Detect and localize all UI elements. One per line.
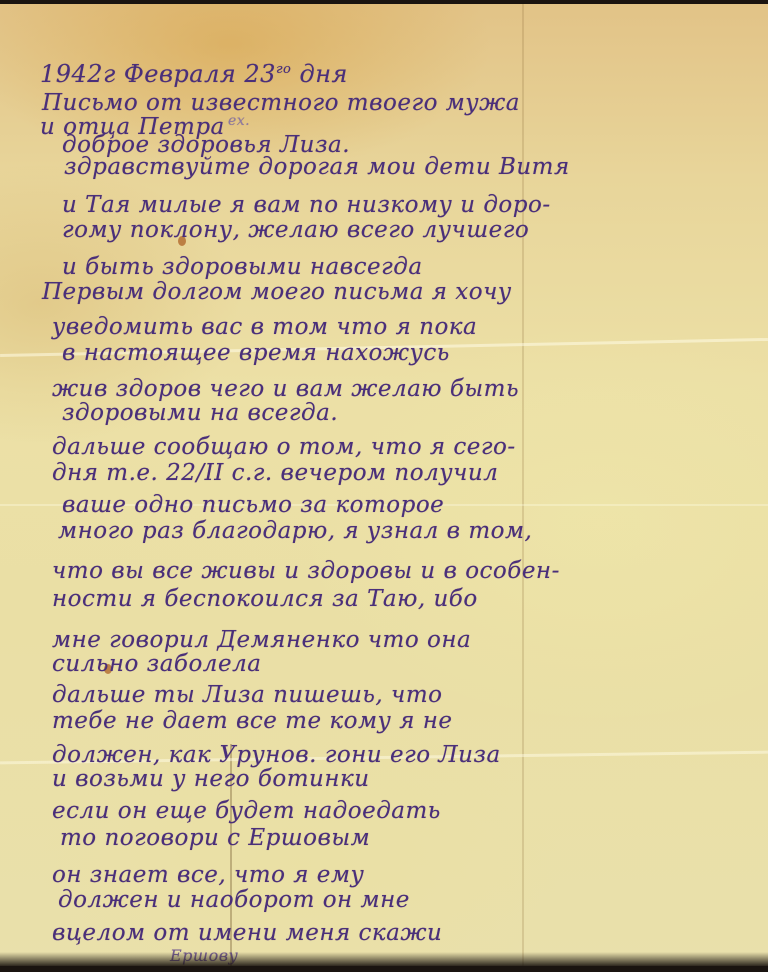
letter-line: жив здоров чего и вам желаю быть bbox=[52, 378, 519, 401]
letter-line: что вы все живы и здоровы и в особен- bbox=[52, 560, 560, 583]
letter-line: вцелом от имени меня скажи bbox=[52, 922, 442, 945]
letter-line: то поговори с Ершовым bbox=[60, 827, 370, 850]
letter-line: и быть здоровыми навсегда bbox=[62, 256, 423, 279]
letter-line: мне говорил Демяненко что она bbox=[52, 629, 471, 652]
fold-crease-vertical bbox=[522, 4, 524, 966]
letter-line: должен, как Урунов. гони его Лиза bbox=[52, 744, 501, 767]
letter-line: и Тая милые я вам по низкому и доро- bbox=[62, 194, 551, 217]
letter-line: ваше одно письмо за которое bbox=[62, 494, 444, 517]
letter-line: Первым долгом моего письма я хочу bbox=[42, 281, 512, 304]
marginal-note: ex. bbox=[228, 114, 250, 128]
letter-page: 1942г Февраля 23го дня Письмо от известн… bbox=[0, 4, 768, 966]
letter-line: тебе не дает все те кому я не bbox=[52, 710, 453, 733]
letter-line: дня т.е. 22/II с.г. вечером получил bbox=[52, 462, 498, 485]
letter-line: в настоящее время нахожусь bbox=[62, 342, 450, 365]
letter-line: если он еще будет надоедать bbox=[52, 800, 441, 823]
letter-line: много раз благодарю, я узнал в том, bbox=[58, 520, 532, 543]
date-suffix: дня bbox=[300, 60, 348, 88]
letter-line: уведомить вас в том что я пока bbox=[52, 316, 477, 339]
letter-line: гому поклону, желаю всего лучшего bbox=[62, 219, 529, 242]
letter-line: здравствуйте дорогая мои дети Витя bbox=[64, 156, 570, 179]
date-text: 1942г Февраля 23 bbox=[40, 60, 276, 88]
letter-line: Письмо от известного твоего мужа bbox=[42, 92, 520, 115]
letter-line: сильно заболела bbox=[52, 653, 261, 676]
letter-line: здоровыми на всегда. bbox=[62, 402, 338, 425]
letter-line: он знает все, что я ему bbox=[52, 864, 364, 887]
letter-line: дальше ты Лиза пишешь, что bbox=[52, 684, 443, 707]
letter-line: и возьми у него ботинки bbox=[52, 768, 370, 791]
letter-date: 1942г Февраля 23го дня bbox=[40, 62, 348, 86]
letter-line: ности я беспокоился за Таю, ибо bbox=[52, 588, 478, 611]
letter-line: должен и наоборот он мне bbox=[58, 889, 410, 912]
letter-line: дальше сообщаю о том, что я сего- bbox=[52, 436, 516, 459]
torn-bottom-edge bbox=[0, 952, 768, 966]
date-superscript: го bbox=[276, 62, 291, 77]
